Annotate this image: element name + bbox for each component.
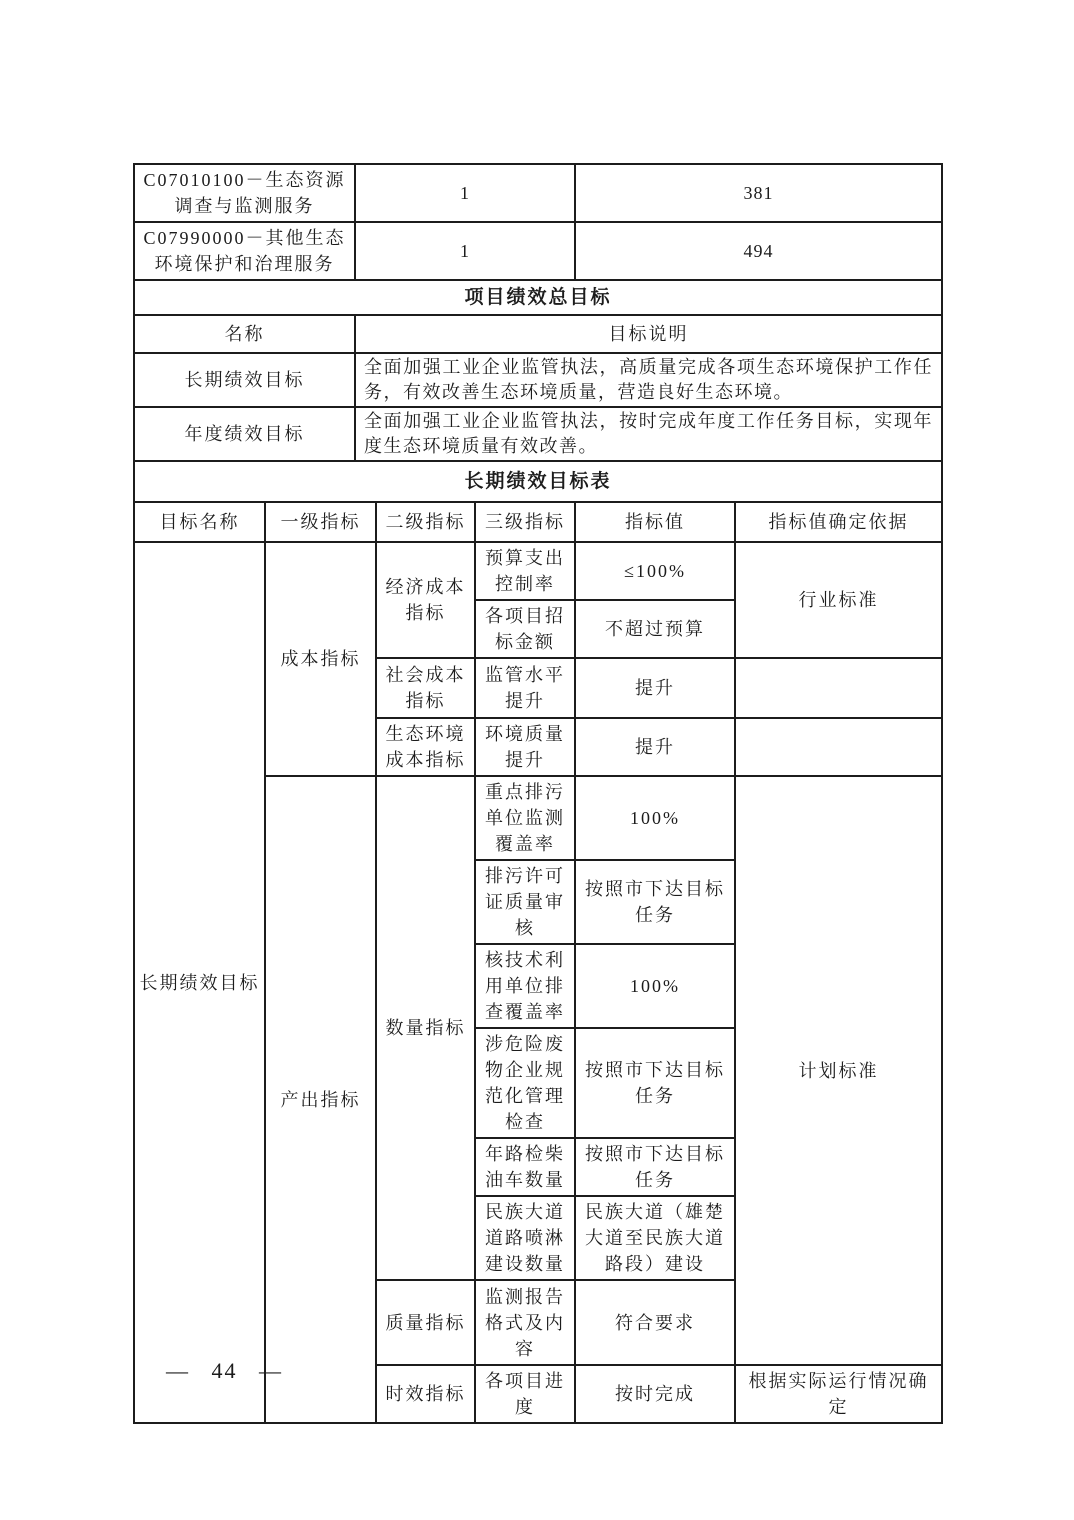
indicator-value-cell: 不超过预算 (575, 600, 735, 658)
level2-quantity-cell: 数量指标 (376, 776, 475, 1280)
overall-goals-table: 项目绩效总目标 名称 目标说明 长期绩效目标 全面加强工业企业监管执法，高质量完… (133, 279, 943, 503)
service-amount-cell: 494 (575, 222, 942, 280)
basis-actual-cell: 根据实际运行情况确定 (735, 1365, 942, 1423)
indicator-l3-cell: 年路检柴油车数量 (475, 1138, 575, 1196)
level2-timeliness-cell: 时效指标 (376, 1365, 475, 1423)
budget-classification-table: C07010100－生态资源调查与监测服务 1 381 C07990000－其他… (133, 163, 943, 281)
level1-cost-cell: 成本指标 (265, 542, 376, 776)
table-row: 长期绩效目标 全面加强工业企业监管执法，高质量完成各项生态环境保护工作任务，有效… (134, 353, 942, 407)
indicator-l3-cell: 监测报告格式及内容 (475, 1280, 575, 1365)
table-row: 项目绩效总目标 (134, 280, 942, 315)
col-header-level3: 三级指标 (475, 502, 575, 542)
goal-name-cell: 年度绩效目标 (134, 407, 355, 461)
indicator-l3-cell: 排污许可证质量审核 (475, 860, 575, 944)
indicator-value-cell: 提升 (575, 658, 735, 718)
indicator-l3-cell: 核技术利用单位排查覆盖率 (475, 944, 575, 1028)
col-header-level2: 二级指标 (376, 502, 475, 542)
empty-basis-cell (735, 718, 942, 776)
goal-name-cell: 长期绩效目标 (134, 353, 355, 407)
table-row: C07010100－生态资源调查与监测服务 1 381 (134, 164, 942, 222)
level1-output-cell: 产出指标 (265, 776, 376, 1423)
indicator-value-cell: 按照市下达目标任务 (575, 1138, 735, 1196)
service-amount-cell: 381 (575, 164, 942, 222)
goal-desc-cell: 全面加强工业企业监管执法，高质量完成各项生态环境保护工作任务，有效改善生态环境质… (355, 353, 942, 407)
service-name-cell: C07010100－生态资源调查与监测服务 (134, 164, 355, 222)
indicator-l3-cell: 预算支出控制率 (475, 542, 575, 600)
level2-quality-cell: 质量指标 (376, 1280, 475, 1365)
col-header-goal-name: 目标名称 (134, 502, 265, 542)
indicator-value-cell: 100% (575, 776, 735, 860)
indicator-l3-cell: 涉危险废物企业规范化管理检查 (475, 1028, 575, 1138)
indicator-l3-cell: 各项目进度 (475, 1365, 575, 1423)
header-goal-name: 名称 (134, 315, 355, 353)
level2-economic-cell: 经济成本指标 (376, 542, 475, 658)
level2-eco-env-cell: 生态环境成本指标 (376, 718, 475, 776)
indicator-l3-cell: 重点排污单位监测覆盖率 (475, 776, 575, 860)
indicator-l3-cell: 环境质量提升 (475, 718, 575, 776)
section-title-overall-goals: 项目绩效总目标 (134, 280, 942, 315)
table-header-row: 目标名称 一级指标 二级指标 三级指标 指标值 指标值确定依据 (134, 502, 942, 542)
indicator-value-cell: 按照市下达目标任务 (575, 1028, 735, 1138)
indicator-value-cell: 按照市下达目标任务 (575, 860, 735, 944)
page-number: — 44 — (166, 1358, 283, 1384)
table-row: 年度绩效目标 全面加强工业企业监管执法，按时完成年度工作任务目标，实现年度生态环… (134, 407, 942, 461)
goal-title-cell: 长期绩效目标 (134, 542, 265, 1423)
indicator-value-cell: 民族大道（雄楚大道至民族大道路段）建设 (575, 1196, 735, 1280)
empty-basis-cell (735, 658, 942, 718)
col-header-level1: 一级指标 (265, 502, 376, 542)
col-header-basis: 指标值确定依据 (735, 502, 942, 542)
document-body: C07010100－生态资源调查与监测服务 1 381 C07990000－其他… (133, 163, 941, 1424)
document-page: C07010100－生态资源调查与监测服务 1 381 C07990000－其他… (0, 0, 1074, 1520)
longterm-goals-table: 目标名称 一级指标 二级指标 三级指标 指标值 指标值确定依据 长期绩效目标 成… (133, 501, 943, 1424)
indicator-value-cell: 提升 (575, 718, 735, 776)
col-header-value: 指标值 (575, 502, 735, 542)
header-goal-desc: 目标说明 (355, 315, 942, 353)
indicator-value-cell: 按时完成 (575, 1365, 735, 1423)
table-row: 长期绩效目标 成本指标 经济成本指标 预算支出控制率 ≤100% 行业标准 (134, 542, 942, 600)
table-row: C07990000－其他生态环境保护和治理服务 1 494 (134, 222, 942, 280)
level2-social-cell: 社会成本指标 (376, 658, 475, 718)
table-row: 长期绩效目标表 (134, 461, 942, 502)
basis-industry-cell: 行业标准 (735, 542, 942, 658)
service-name-cell: C07990000－其他生态环境保护和治理服务 (134, 222, 355, 280)
indicator-value-cell: 符合要求 (575, 1280, 735, 1365)
indicator-l3-cell: 民族大道道路喷淋建设数量 (475, 1196, 575, 1280)
table-row: 名称 目标说明 (134, 315, 942, 353)
section-title-longterm-table: 长期绩效目标表 (134, 461, 942, 502)
indicator-value-cell: 100% (575, 944, 735, 1028)
basis-plan-cell: 计划标准 (735, 776, 942, 1365)
goal-desc-cell: 全面加强工业企业监管执法，按时完成年度工作任务目标，实现年度生态环境质量有效改善… (355, 407, 942, 461)
indicator-l3-cell: 各项目招标金额 (475, 600, 575, 658)
indicator-value-cell: ≤100% (575, 542, 735, 600)
indicator-l3-cell: 监管水平提升 (475, 658, 575, 718)
service-count-cell: 1 (355, 222, 575, 280)
service-count-cell: 1 (355, 164, 575, 222)
